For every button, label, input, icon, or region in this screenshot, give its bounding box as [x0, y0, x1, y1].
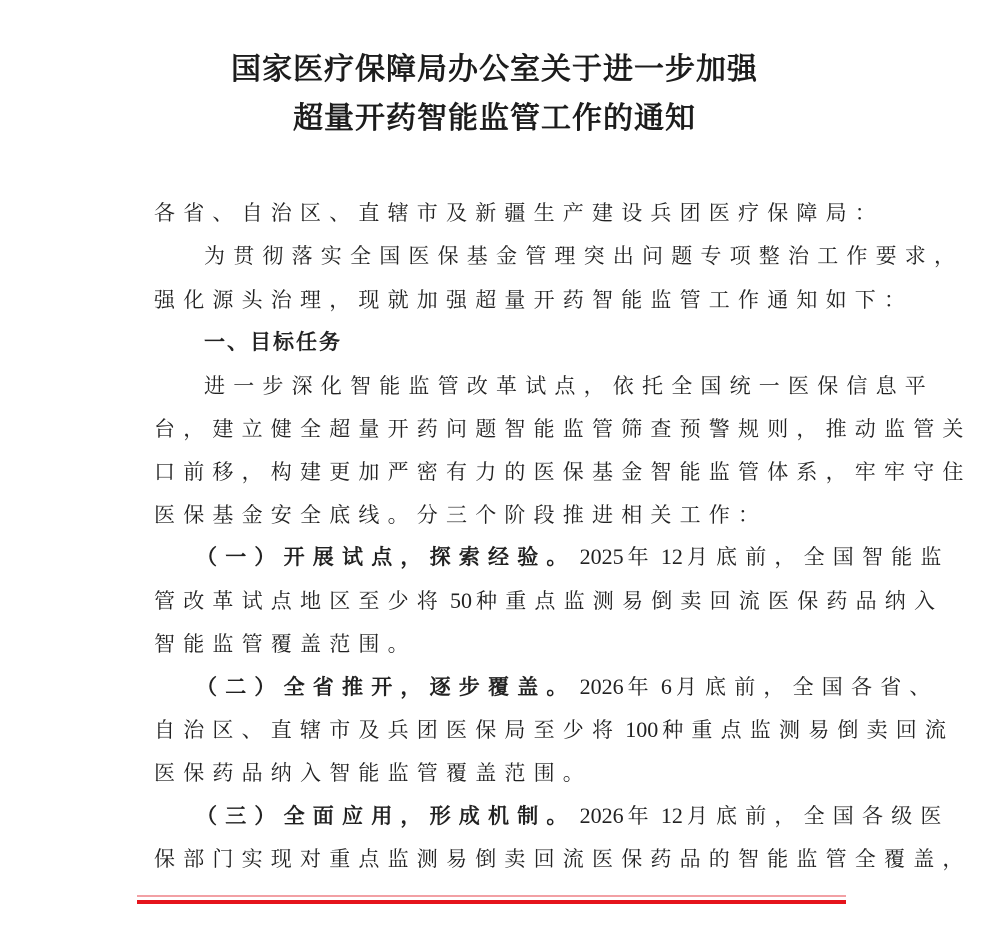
document-title-line1: 国家医疗保障局办公室关于进一步加强	[0, 44, 989, 88]
phase-2-line-3: 医保药品纳入智能监管覆盖范围。	[154, 757, 592, 787]
phase-2-text-post: 种重点监测易倒卖回流	[662, 718, 954, 742]
phase-2-line-2: 自治区、直辖市及兵团医保局至少将100种重点监测易倒卖回流	[154, 714, 954, 744]
phase-2-year-unit: 年	[628, 675, 657, 699]
phase-2-text-pre: 自治区、直辖市及兵团医保局至少将	[154, 718, 621, 742]
phase-3-month: 12	[657, 803, 687, 828]
footer-divider-thick	[137, 900, 846, 904]
document-page: 国家医疗保障局办公室关于进一步加强 超量开药智能监管工作的通知 各省、自治区、直…	[0, 0, 989, 932]
section-para-line-2: 台，建立健全超量开药问题智能监管筛查预警规则，推动监管关	[154, 413, 972, 443]
phase-3-line-1: （三）全面应用，形成机制。2026年12月底前，全国各级医	[196, 800, 950, 830]
phase-1-line-2: 管改革试点地区至少将50种重点监测易倒卖回流医保药品纳入	[154, 585, 943, 615]
phase-1-count: 50	[446, 588, 476, 613]
phase-1-text-post: 种重点监测易倒卖回流医保药品纳入	[476, 589, 943, 613]
phase-2-line-1: （二）全省推开，逐步覆盖。2026年6月底前，全国各省、	[196, 671, 939, 701]
phase-2-year: 2026	[576, 674, 628, 699]
intro-line-1: 为贯彻落实全国医保基金管理突出问题专项整治工作要求，	[204, 240, 963, 270]
footer-divider-thin	[137, 895, 846, 897]
phase-2-month: 6	[657, 674, 676, 699]
phase-2-count: 100	[621, 717, 662, 742]
phase-3-heading: （三）全面应用，形成机制。	[196, 803, 576, 828]
phase-1-year: 2025	[576, 544, 628, 569]
section-para-line-3: 口前移，构建更加严密有力的医保基金智能监管体系，牢牢守住	[154, 456, 972, 486]
phase-1-heading: （一）开展试点，探索经验。	[196, 544, 576, 569]
addressee: 各省、自治区、直辖市及新疆生产建设兵团医疗保障局：	[154, 197, 884, 227]
phase-2-heading: （二）全省推开，逐步覆盖。	[196, 674, 576, 699]
phase-3-line-2: 保部门实现对重点监测易倒卖回流医保药品的智能监管全覆盖，	[154, 843, 972, 873]
phase-1-text-pre: 管改革试点地区至少将	[154, 589, 446, 613]
phase-1-deadline-text: 月底前，全国智能监	[687, 545, 950, 569]
section-para-line-4: 医保基金安全底线。分三个阶段推进相关工作：	[154, 499, 767, 529]
phase-1-line-3: 智能监管覆盖范围。	[154, 628, 417, 658]
phase-3-year-unit: 年	[628, 804, 657, 828]
phase-1-line-1: （一）开展试点，探索经验。2025年12月底前，全国智能监	[196, 541, 950, 571]
phase-1-month: 12	[657, 544, 687, 569]
section-heading-targets: 一、目标任务	[204, 326, 342, 356]
phase-3-deadline-text: 月底前，全国各级医	[687, 804, 950, 828]
document-title-line2: 超量开药智能监管工作的通知	[0, 93, 989, 137]
section-para-line-1: 进一步深化智能监管改革试点，依托全国统一医保信息平	[204, 370, 934, 400]
phase-2-deadline-text: 月底前，全国各省、	[676, 675, 939, 699]
phase-3-year: 2026	[576, 803, 628, 828]
intro-line-2: 强化源头治理，现就加强超量开药智能监管工作通知如下：	[154, 284, 913, 314]
phase-1-year-unit: 年	[628, 545, 657, 569]
